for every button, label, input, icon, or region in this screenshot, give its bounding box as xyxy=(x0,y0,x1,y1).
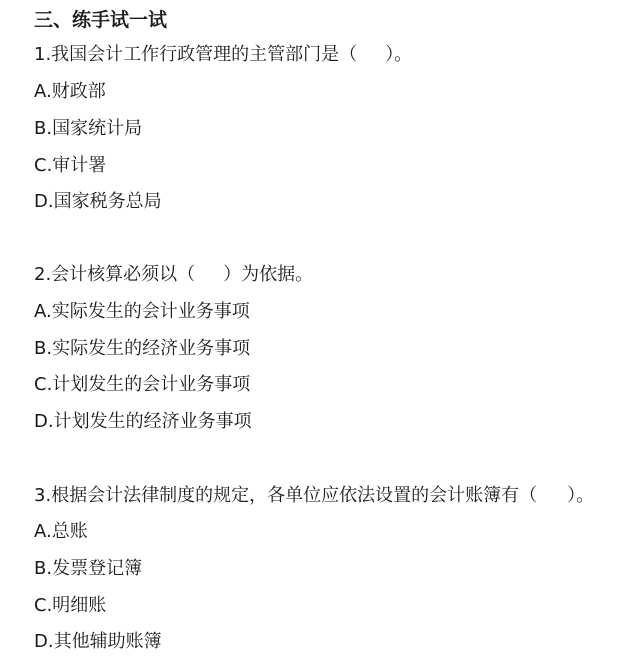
question-2-stem: 2.会计核算必须以（）为依据。 xyxy=(34,264,313,286)
question-1-stem: 1.我国会计工作行政管理的主管部门是（）。 xyxy=(34,44,412,66)
question-3-option-a: A.总账 xyxy=(34,521,88,543)
question-1-option-c: C.审计署 xyxy=(34,155,106,177)
question-2-option-d: D.计划发生的经济业务事项 xyxy=(34,411,252,433)
question-3-option-c: C.明细账 xyxy=(34,595,106,617)
question-3-stem-end: ）。 xyxy=(567,485,594,506)
question-1-option-a: A.财政部 xyxy=(34,81,106,103)
question-2-option-c: C.计划发生的会计业务事项 xyxy=(34,374,250,396)
question-2-stem-end: ）为依据。 xyxy=(223,264,313,285)
question-1-option-d: D.国家税务总局 xyxy=(34,191,162,213)
question-1-stem-end: ）。 xyxy=(385,44,412,65)
question-1-option-b: B.国家统计局 xyxy=(34,118,142,140)
question-1-stem-text: 1.我国会计工作行政管理的主管部门是（ xyxy=(34,44,357,65)
question-2-stem-text: 2.会计核算必须以（ xyxy=(34,264,195,285)
question-3-option-d: D.其他辅助账簿 xyxy=(34,631,162,653)
question-3-stem-text: 3.根据会计法律制度的规定，各单位应依法设置的会计账簿有（ xyxy=(34,485,537,506)
question-3-stem: 3.根据会计法律制度的规定，各单位应依法设置的会计账簿有（）。 xyxy=(34,485,594,507)
question-3-option-b: B.发票登记簿 xyxy=(34,558,142,580)
question-2-option-b: B.实际发生的经济业务事项 xyxy=(34,338,250,360)
section-title: 三、练手试一试 xyxy=(34,9,167,31)
question-2-option-a: A.实际发生的会计业务事项 xyxy=(34,301,250,323)
